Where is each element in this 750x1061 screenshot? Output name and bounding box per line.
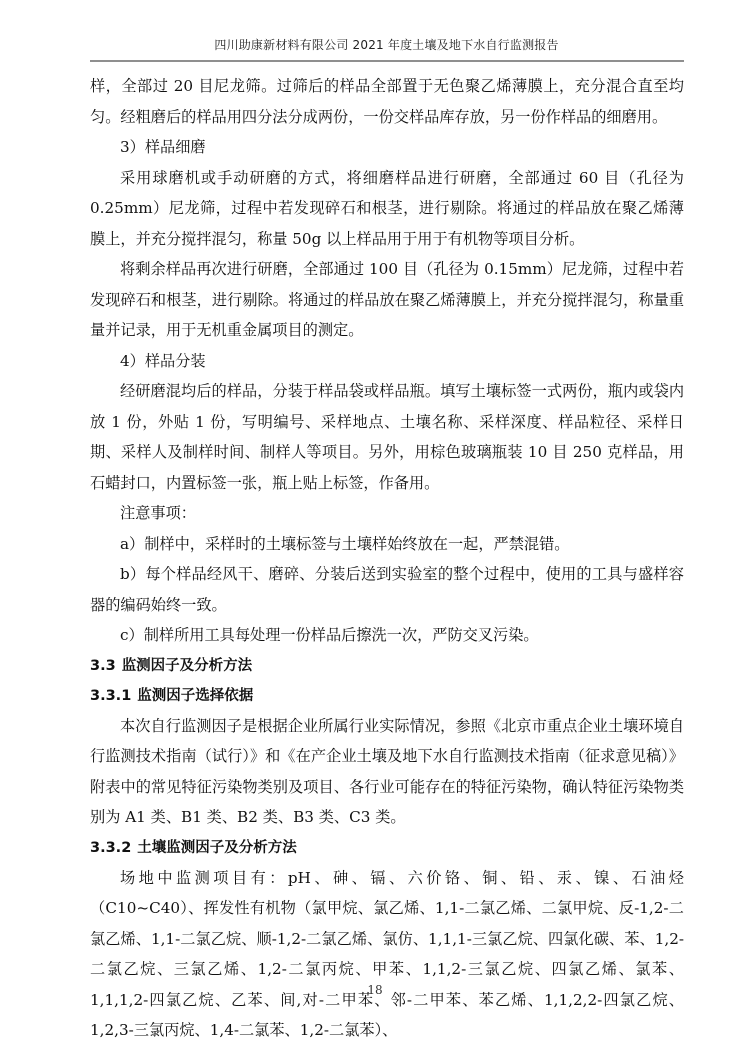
paragraph-sample-packaging: 经研磨混均后的样品，分装于样品袋或样品瓶。填写土壤标签一式两份，瓶内或袋内放 1… xyxy=(90,376,684,498)
running-header: 四川助康新材料有限公司 2021 年度土壤及地下水自行监测报告 xyxy=(90,36,683,53)
note-a: a）制样中，采样时的土壤标签与土壤样始终放在一起，严禁混错。 xyxy=(90,529,684,560)
section-title: 监测因子选择依据 xyxy=(137,688,253,704)
paragraph-factor-basis: 本次自行监测因子是根据企业所属行业实际情况，参照《北京市重点企业土壤环境自行监测… xyxy=(90,711,684,833)
document-page: 四川助康新材料有限公司 2021 年度土壤及地下水自行监测报告 样，全部过 20… xyxy=(0,0,750,1061)
section-heading-3-3-2: 3.3.2土壤监测因子及分析方法 xyxy=(90,833,684,863)
section-heading-3-3: 3.3监测因子及分析方法 xyxy=(90,651,684,681)
paragraph-coarse-grinding: 样，全部过 20 目尼龙筛。过筛后的样品全部置于无色聚乙烯薄膜上，充分混合直至均… xyxy=(90,71,684,132)
section-heading-3-3-1: 3.3.1监测因子选择依据 xyxy=(90,681,684,711)
note-b: b）每个样品经风干、磨碎、分装后送到实验室的整个过程中，使用的工具与盛样容器的编… xyxy=(90,559,684,620)
page-body: 样，全部过 20 目尼龙筛。过筛后的样品全部置于无色聚乙烯薄膜上，充分混合直至均… xyxy=(90,71,684,1046)
page-number: 18 xyxy=(0,983,750,997)
notes-title: 注意事项： xyxy=(90,498,684,529)
note-c: c）制样所用工具每处理一份样品后擦洗一次，严防交叉污染。 xyxy=(90,620,684,651)
header-divider xyxy=(90,60,684,62)
subheading-sample-packaging: 4）样品分装 xyxy=(90,346,684,377)
paragraph-regrinding: 将剩余样品再次进行研磨，全部通过 100 目（孔径为 0.15mm）尼龙筛，过程… xyxy=(90,254,684,346)
section-number: 3.3.1 xyxy=(90,688,131,704)
paragraph-soil-monitoring-items: 场地中监测项目有：pH、砷、镉、六价铬、铜、铅、汞、镍、石油烃（C10~C40）… xyxy=(90,863,684,1046)
section-title: 土壤监测因子及分析方法 xyxy=(137,840,297,856)
section-number: 3.3.2 xyxy=(90,840,131,856)
section-title: 监测因子及分析方法 xyxy=(122,658,253,674)
paragraph-fine-grinding: 采用球磨机或手动研磨的方式，将细磨样品进行研磨，全部通过 60 目（孔径为 0.… xyxy=(90,163,684,255)
section-number: 3.3 xyxy=(90,658,116,674)
subheading-fine-grinding: 3）样品细磨 xyxy=(90,132,684,163)
